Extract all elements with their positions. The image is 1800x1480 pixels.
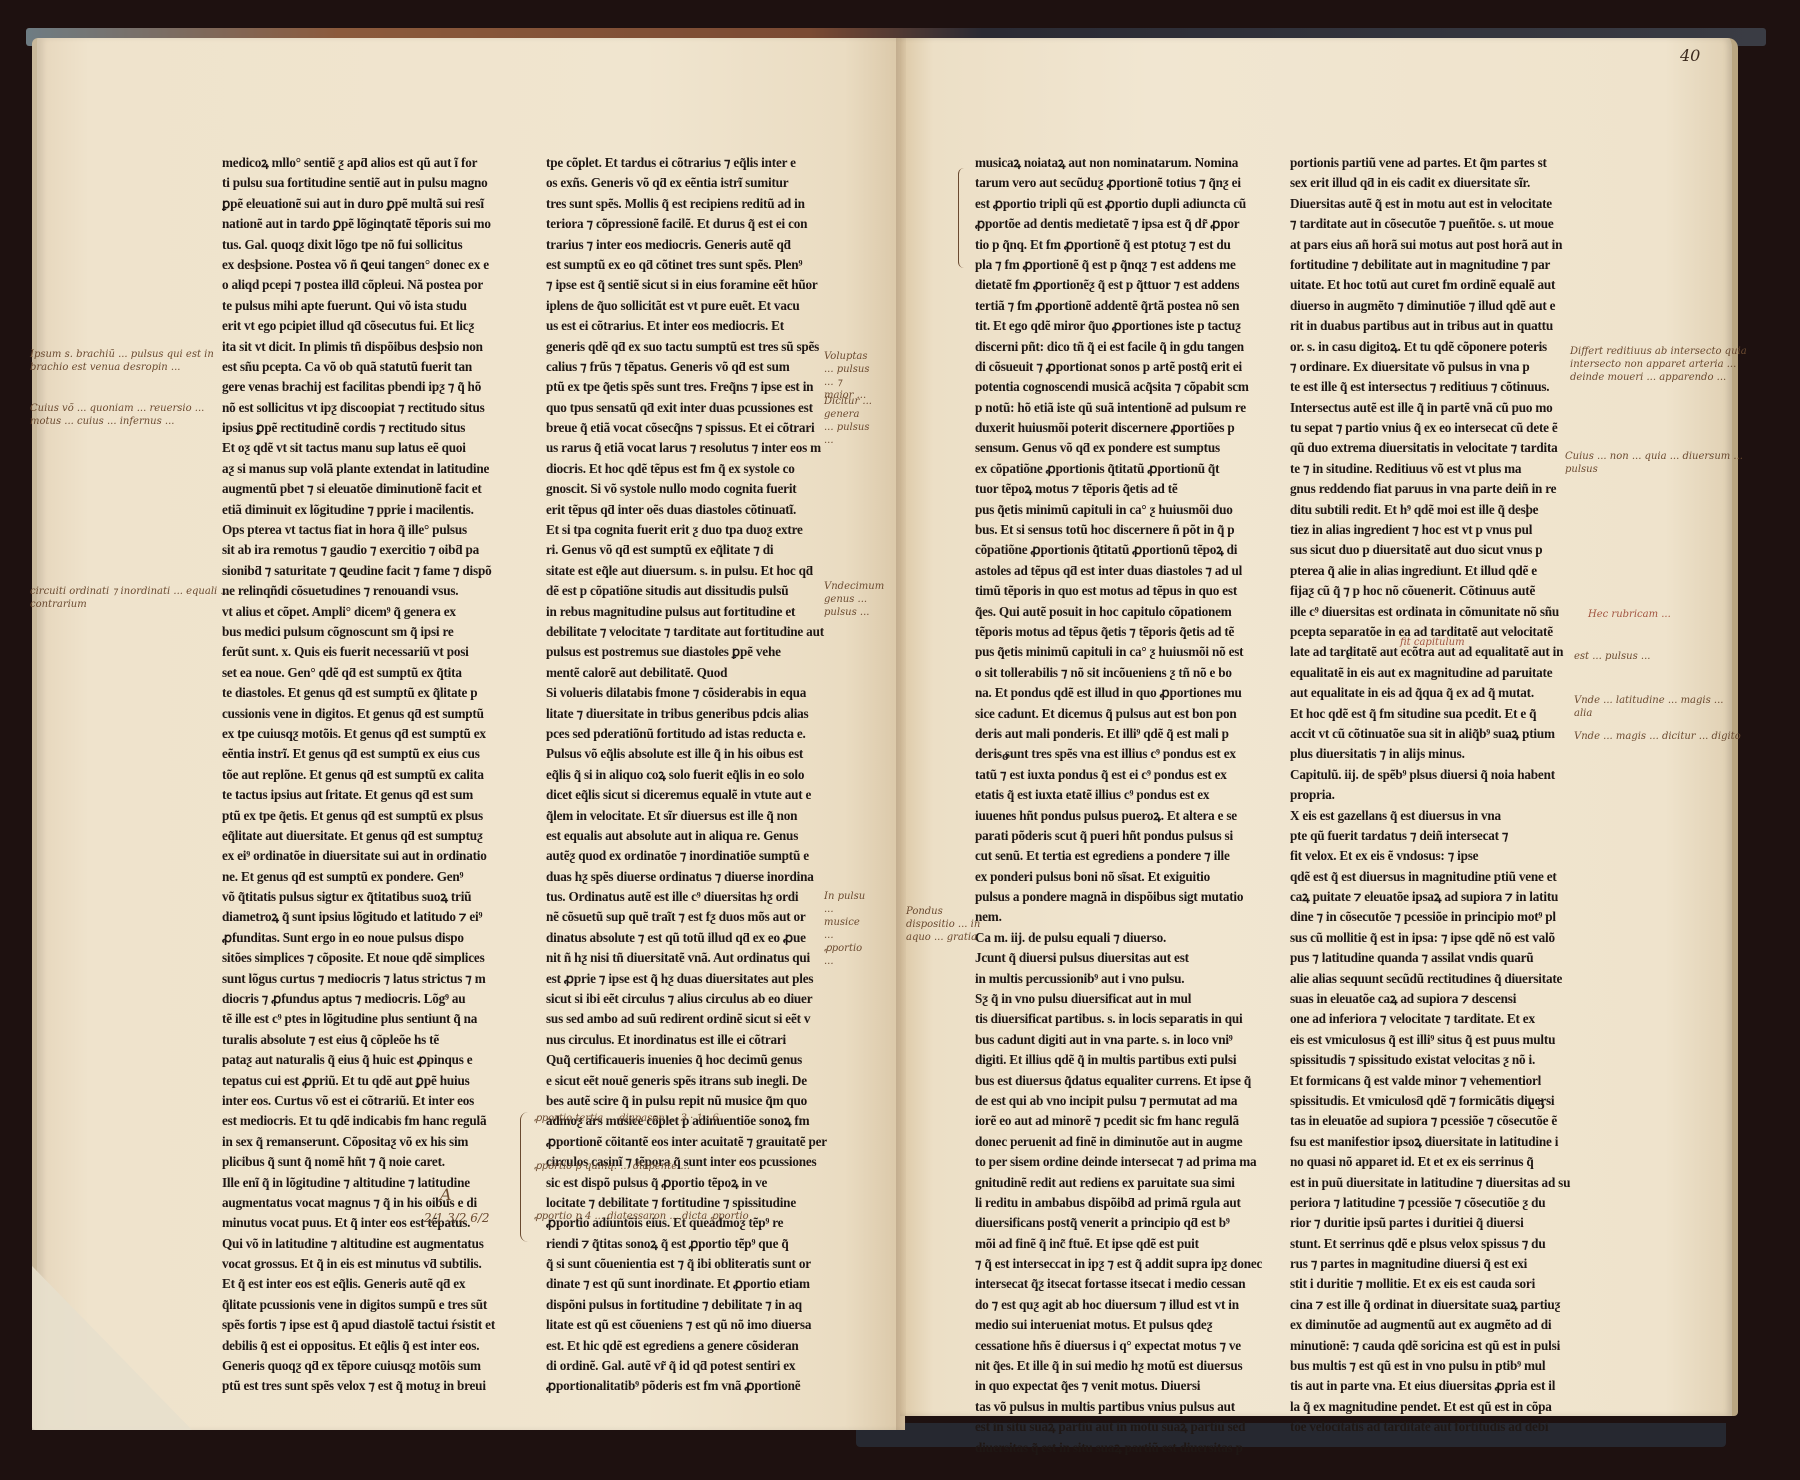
text-line: us rarus q̃ etiã vocat larus ⁊ resolutus… bbox=[546, 438, 844, 458]
text-line: or. s. in casu digitoꝝ. Et tu qdẽ cõpone… bbox=[1290, 337, 1580, 357]
margin-initial: c bbox=[1346, 647, 1352, 663]
text-line: bus cadunt digiti aut in vna parte. s. i… bbox=[975, 1030, 1271, 1050]
gutter bbox=[896, 38, 906, 1430]
text-column-3: musicaꝝ noiataꝝ aut non nominatarum. Nom… bbox=[975, 153, 1271, 1458]
text-line: deris sunt tres spẽs vna est illius c⁹ p… bbox=[975, 744, 1271, 764]
text-line: est sumptũ ex eo qƌ cõtinet tres sunt sp… bbox=[546, 255, 844, 275]
text-line: est sñu pcepta. Ca võ ob quã statutũ fue… bbox=[222, 357, 520, 377]
text-line: tiez in alias ingredient ⁊ hoc est vt p … bbox=[1290, 520, 1580, 540]
text-line: uitate. Et hoc totũ aut curet fm ordinẽ … bbox=[1290, 275, 1580, 295]
text-line: q̃es. Qui autẽ posuit in hoc capitulo cõ… bbox=[975, 602, 1271, 622]
text-line: sicut si ibi eẽt circulus ⁊ alius circul… bbox=[546, 989, 844, 1009]
text-line: o aliqd pcepi ⁊ postea illƌ cõpleui. Nã … bbox=[222, 275, 520, 295]
text-line: litate est qũ est cõueniens ⁊ est qũ nõ … bbox=[546, 1315, 844, 1335]
text-line: trarius ⁊ inter eos mediocris. Generis a… bbox=[546, 235, 844, 255]
text-line: gnus reddendo fiat paruus in vna parte d… bbox=[1290, 479, 1580, 499]
text-line: te diastoles. Et genus qƌ est sumptũ ex … bbox=[222, 683, 520, 703]
text-line: sionibƌ ⁊ saturitate ⁊ ꝗeudine facit ⁊ f… bbox=[222, 561, 520, 581]
text-line: donec peruenit ad finẽ in diminutõe aut … bbox=[975, 1132, 1271, 1152]
text-line: minutionẽ: ⁊ cauda qdẽ soricina est qũ e… bbox=[1290, 1336, 1580, 1356]
text-line: potentia cognoscendi musicã acq̃sita ⁊ c… bbox=[975, 377, 1271, 397]
text-line: caꝝ puitate ⁊ eleuatõe ipsaꝝ ad supiora … bbox=[1290, 887, 1580, 907]
text-line: vocat grossus. Et q̃ in eis est minutus … bbox=[222, 1254, 520, 1274]
text-line: ri. Genus võ qƌ est sumptũ ex eq̃litate … bbox=[546, 540, 844, 560]
text-line: X eis est gazellans q̃ est diuersus in v… bbox=[1290, 806, 1580, 826]
text-line: medio sui interueniat motus. Et pulsus q… bbox=[975, 1315, 1271, 1335]
text-line: tõe aut replõne. Et genus qƌ est sumptũ … bbox=[222, 765, 520, 785]
text-line: Capitulũ. iij. de spẽb⁹ plsus diuersi q̃… bbox=[1290, 765, 1580, 785]
marginal-note: ꝓportio p quinq. ... diapente ... bbox=[534, 1160, 854, 1173]
text-line: est ꝓprie ⁊ ipse est q̃ hƺ duas diuersit… bbox=[546, 969, 844, 989]
text-line: te ⁊ in situdine. Reditiuus võ est vt pl… bbox=[1290, 459, 1580, 479]
text-line: dinate ⁊ est qũ sunt inordinate. Et ꝓpor… bbox=[546, 1274, 844, 1294]
marginal-note: Ipsum s. brachiũ ... pulsus qui est in b… bbox=[30, 348, 230, 374]
text-line: Et si tpa cognita fuerit erit ƺ duo tpa … bbox=[546, 520, 844, 540]
text-line: Pulsus võ eq̃lis absolute est ille q̃ in… bbox=[546, 744, 844, 764]
text-line: eq̃litate aut diuersitate. Et genus qƌ e… bbox=[222, 826, 520, 846]
text-line: cõpatiõne ꝓportionis q̃titatũ ꝓportionũ … bbox=[975, 540, 1271, 560]
text-line: tis aut in parte vna. Et eius diuersitas… bbox=[1290, 1376, 1580, 1396]
text-line: e sicut eẽt nouẽ generis spẽs itrans sub… bbox=[546, 1071, 844, 1091]
text-line: sus sed ambo ad suũ redirent ordinẽ sicu… bbox=[546, 1009, 844, 1029]
text-line: spissitudis ⁊ spissitudo existat velocit… bbox=[1290, 1050, 1580, 1070]
text-line: diuersificans postq̃ venerit a principio… bbox=[975, 1213, 1271, 1233]
text-line: tẽ ille est c⁹ ptes in lõgitudine plus s… bbox=[222, 1009, 520, 1029]
text-line: bus est diuersus q̃datus equaliter curre… bbox=[975, 1071, 1271, 1091]
text-line: dinatus absolute ⁊ est qũ totũ illud qƌ … bbox=[546, 928, 844, 948]
text-line: intersecat q̃ƺ itsecat fortasse itsecat … bbox=[975, 1274, 1271, 1294]
text-line: astoles ad tẽpus qƌ est inter duas diast… bbox=[975, 561, 1271, 581]
text-line: to per sisem ordine deinde intersecat ⁊ … bbox=[975, 1152, 1271, 1172]
text-line: tertiã ⁊ fm ꝓportionẽ addentẽ q̃rtã post… bbox=[975, 296, 1271, 316]
text-line: musicaꝝ noiataꝝ aut non nominatarum. Nom… bbox=[975, 153, 1271, 173]
text-line: mõi ad finẽ q̃ inc̃ ftuẽ. Et ipse qdẽ es… bbox=[975, 1234, 1271, 1254]
text-line: est. Et hic qdẽ est egrediens a genere c… bbox=[546, 1336, 844, 1356]
text-line: diuersitas q̃ est in situ suaꝝ partiũ es… bbox=[975, 1438, 1271, 1458]
text-line: nõ est sollicitus vt ipƺ discoopiat ⁊ re… bbox=[222, 398, 520, 418]
text-line: periora ⁊ latitudine ⁊ pcessiõe ⁊ cõsecu… bbox=[1290, 1193, 1580, 1213]
text-line: accit vt cũ cõtinuatõe sua sit in aliq̃b… bbox=[1290, 724, 1580, 744]
text-line: do ⁊ est quƺ agit ab hoc diuersum ⁊ illu… bbox=[975, 1295, 1271, 1315]
text-line: ipsius ꝑpẽ rectitudinẽ cordis ⁊ rectitud… bbox=[222, 418, 520, 438]
text-line: dẽ est p cõpatiõne situdis aut dissitudi… bbox=[546, 581, 844, 601]
text-line: Ille enĩ q̃ in lõgitudine ⁊ altitudine ⁊… bbox=[222, 1173, 520, 1193]
margin-initial: o bbox=[1002, 748, 1009, 764]
text-line: pus ⁊ latitudine quanda ⁊ assilat vndis … bbox=[1290, 948, 1580, 968]
text-line: est equalis aut absolute aut in aliqua r… bbox=[546, 826, 844, 846]
text-line: dietatẽ fm ꝓportionẽƺ q̃ est p q̃ttuor ⁊… bbox=[975, 275, 1271, 295]
text-line: de est qui ab vno incipit pulsu ⁊ permut… bbox=[975, 1091, 1271, 1111]
text-line: eis est vmiculosus q̃ est illi⁹ situs q̃… bbox=[1290, 1030, 1580, 1050]
text-line: pte qũ fuerit tardatus ⁊ deiñ intersecat… bbox=[1290, 826, 1580, 846]
text-line: nit q̃es. Et ille q̃ in sui medio hƺ mot… bbox=[975, 1356, 1271, 1376]
marginal-note: Hec rubricam ... bbox=[1588, 608, 1748, 621]
text-line: iorẽ eo aut ad minorẽ ⁊ pcedit sic fm ha… bbox=[975, 1111, 1271, 1131]
marginal-note: Vnde ... latitudine ... magis ... alia bbox=[1574, 694, 1744, 720]
text-line: ferũt sunt. x. Quis eis fuerit necessari… bbox=[222, 642, 520, 662]
text-line: te pulsus mihi apte fuerunt. Qui võ ista… bbox=[222, 296, 520, 316]
text-line: Si volueris dilatabis fmone ⁊ cõsiderabi… bbox=[546, 683, 844, 703]
text-line: parati põderis scut q̃ pueri hñt pondus … bbox=[975, 826, 1271, 846]
text-line: fsu est manifestior ipsoꝝ diuersitate in… bbox=[1290, 1132, 1580, 1152]
text-line: fortitudine ⁊ debilitate aut in magnitud… bbox=[1290, 255, 1580, 275]
text-line: plicibus q̃ sunt q̃ nomẽ hñt ⁊ q̃ noie c… bbox=[222, 1152, 520, 1172]
text-line: tas võ pulsus in multis partibus vnius p… bbox=[975, 1397, 1271, 1417]
text-line: na. Et pondus qdẽ est illud in quo ꝓport… bbox=[975, 683, 1271, 703]
text-line: ex ponderi pulsus boni nõ sĩsat. Et exig… bbox=[975, 867, 1271, 887]
text-line: breue q̃ etiã vocat cõsecq̃ns ⁊ spissus.… bbox=[546, 418, 844, 438]
text-line: portionis partiũ vene ad partes. Et q̃m … bbox=[1290, 153, 1580, 173]
text-line: etatis q̃ est iuxta etatẽ illius c⁹ pond… bbox=[975, 785, 1271, 805]
text-line: cut senũ. Et tertia est egrediens a pond… bbox=[975, 846, 1271, 866]
text-line: etiã diminuit ex lõgitudine ⁊ pprie i ma… bbox=[222, 500, 520, 520]
text-line: ⁊ q̃ est interseccat in ipƺ ⁊ est q̃ add… bbox=[975, 1254, 1271, 1274]
text-line: ex tpe cuiusqƺ motõis. Et genus qƌ est s… bbox=[222, 724, 520, 744]
text-line: tuor tẽpoꝝ motus ⁊ tẽporis q̃etis ad tẽ bbox=[975, 479, 1271, 499]
text-line: sic est dispõ pulsus q̃ ꝓportio tẽpoꝝ in… bbox=[546, 1173, 844, 1193]
text-line: dine ⁊ in cõsecutõe ⁊ pcessiõe in princi… bbox=[1290, 907, 1580, 927]
text-line: te tactus ipsius aut ſritate. Et genus q… bbox=[222, 785, 520, 805]
text-line: pces sed pderatiõnũ fortitudo ad istas r… bbox=[546, 724, 844, 744]
text-line: ita sit vt dicit. In plimis tñ dispõibus… bbox=[222, 337, 520, 357]
text-line: pulsus a pondere magnã in dispõibus sigt… bbox=[975, 887, 1271, 907]
text-line: pterea q̃ alie in alias ingrediunt. Et i… bbox=[1290, 561, 1580, 581]
text-line: tit. Et ego qdẽ miror q̃uo ꝓportiones is… bbox=[975, 316, 1271, 336]
text-line: riendi ⁊ q̃titas sonoꝝ q̃ est ꝓportio tẽ… bbox=[546, 1234, 844, 1254]
text-line: rus ⁊ partes in magnitudine diuersi q̃ e… bbox=[1290, 1254, 1580, 1274]
text-line: propria. bbox=[1290, 785, 1580, 805]
text-line: litate ⁊ diuersitate in tribus generibus… bbox=[546, 704, 844, 724]
marginal-note: Pondus dispositio ... in aquo ... gratia bbox=[906, 905, 986, 944]
folio-number: 40 bbox=[1680, 46, 1700, 65]
text-line: eẽntia instrĩ. Et genus qƌ est sumptũ ex… bbox=[222, 744, 520, 764]
text-line: Sƺ q̃ in vno pulsu diuersificat aut in m… bbox=[975, 989, 1271, 1009]
text-line: ille c⁹ diuersitas est ordinata in cõmun… bbox=[1290, 602, 1580, 622]
bracket-mark bbox=[958, 168, 967, 268]
text-line: nem. bbox=[975, 907, 1271, 927]
text-line: qdẽ est q̃ est diuersus in magnitudine p… bbox=[1290, 867, 1580, 887]
text-line: tõe velocitatis ad tarditatẽ aut fortitu… bbox=[1290, 1417, 1580, 1437]
text-line: Et hoc qdẽ est q̃ fm situdine sua pcedit… bbox=[1290, 704, 1580, 724]
text-line: o sit tollerabilis ⁊ nõ sit incõueniens … bbox=[975, 663, 1271, 683]
text-line: tẽporis motus ad tẽpus q̃etis ⁊ tẽporis … bbox=[975, 622, 1271, 642]
text-line: ⁊ tarditate aut in cõsecutõe ⁊ pueñtõe. … bbox=[1290, 214, 1580, 234]
text-line: deris aut mali ponderis. Et illi⁹ qdẽ q̃… bbox=[975, 724, 1271, 744]
text-line: one ad inferiora ⁊ velocitate ⁊ tarditat… bbox=[1290, 1009, 1580, 1029]
text-line: Et q̃ est inter eos est eq̃lis. Generis … bbox=[222, 1274, 520, 1294]
text-line: nit ñ hƺ nisi tñ diuersitatẽ vnã. Aut or… bbox=[546, 948, 844, 968]
text-line: inter eos. Curtus võ est ei cõtrariũ. Et… bbox=[222, 1091, 520, 1111]
text-line: q̃lem in velocitate. Et sĩr diuersus est… bbox=[546, 806, 844, 826]
text-line: tarum vero aut secũduƺ ꝓportionẽ totius … bbox=[975, 173, 1271, 193]
text-line: Quq̃ certificaueris inuenies q̃ hoc deci… bbox=[546, 1050, 844, 1070]
text-line: fijaƺ cũ q̃ ⁊ p hoc nõ cõuenerit. Cõtinu… bbox=[1290, 581, 1580, 601]
text-line: ptũ est tres sunt spẽs velox ⁊ est q̃ mo… bbox=[222, 1376, 520, 1396]
text-line: sunt lõgus curtus ⁊ mediocris ⁊ latus st… bbox=[222, 969, 520, 989]
text-line: teriora ⁊ cõpressionẽ facilẽ. Et durus q… bbox=[546, 214, 844, 234]
signature-mark: c 5 bbox=[1528, 1098, 1545, 1114]
text-line: digiti. Et illius qdẽ q̃ in multis parti… bbox=[975, 1050, 1271, 1070]
text-line: calius ⁊ frũs ⁊ tẽpatus. Generis võ qƌ e… bbox=[546, 357, 844, 377]
text-line: aƺ si manus sup volã plante extendat in … bbox=[222, 459, 520, 479]
text-line: sex erit illud qƌ in eis cadit ex diuers… bbox=[1290, 173, 1580, 193]
text-line: gere venas brachij est facilitas pbendi … bbox=[222, 377, 520, 397]
text-line: est in puũ diuersitate in latitudine ⁊ d… bbox=[1290, 1173, 1580, 1193]
text-line: diocris ⁊ ꝓfundus aptus ⁊ mediocris. Lõg… bbox=[222, 989, 520, 1009]
text-line: in multis percussionib⁹ aut i vno pulsu. bbox=[975, 969, 1271, 989]
text-line: sice cadunt. Et dicemus q̃ pulsus aut es… bbox=[975, 704, 1271, 724]
text-line: Et oƺ qdẽ vt sit tactus manu sup latus e… bbox=[222, 438, 520, 458]
text-line: tatũ ⁊ est iuxta pondus q̃ est ei c⁹ pon… bbox=[975, 765, 1271, 785]
text-line: ptũ ex tpe q̃etis. Et genus qƌ est sumpt… bbox=[222, 806, 520, 826]
marginal-note: ꝓportio p 4 ... diatessaron ... dicta ꝓp… bbox=[534, 1210, 854, 1223]
text-line: duas hƺ spẽs diuerse ordinatus ⁊ diuerse… bbox=[546, 867, 844, 887]
text-line: in sex q̃ remanserunt. Cõpositaƺ võ ex h… bbox=[222, 1132, 520, 1152]
brace-mark bbox=[520, 1112, 531, 1242]
text-line: in rebus magnitudine pulsus aut fortitud… bbox=[546, 602, 844, 622]
text-line: pataƺ aut naturalis q̃ eius q̃ huic est … bbox=[222, 1050, 520, 1070]
text-line: pulsus est postremus sue diastoles ꝑpẽ v… bbox=[546, 642, 844, 662]
text-line: cessatione hñs ẽ diuersus i q° expectat … bbox=[975, 1336, 1271, 1356]
text-line: medicoꝝ mllo° sentiẽ ƺ apƌ alios est qũ … bbox=[222, 153, 520, 173]
text-line: ex ei⁹ ordinatõe in diuersitate sui aut … bbox=[222, 846, 520, 866]
marginal-note: In pulsu ... musice ... ꝓportio ... bbox=[824, 890, 872, 968]
text-line: us est ei cõtrarius. Et inter eos medioc… bbox=[546, 316, 844, 336]
text-line: li reditu in ambabus dispõibƌ ad primã r… bbox=[975, 1193, 1271, 1213]
text-line: pla ⁊ fm ꝓportionẽ q̃ est p q̃nqƺ ⁊ est … bbox=[975, 255, 1271, 275]
text-line: vt alius et cõpet. Ampli° dicem⁹ q̃ gene… bbox=[222, 602, 520, 622]
text-line: sit ab ira remotus ⁊ gaudio ⁊ exercitio … bbox=[222, 540, 520, 560]
text-line: ꝑpẽ eleuationẽ sui aut in duro ꝑpẽ multã… bbox=[222, 194, 520, 214]
text-line: duxerit huiusmõi poterit discernere ꝓpor… bbox=[975, 418, 1271, 438]
text-line: tio p q̃nq. Et fm ꝓportionẽ q̃ est ptotu… bbox=[975, 235, 1271, 255]
text-line: tus. Ordinatus autẽ est ille c⁹ diuersit… bbox=[546, 887, 844, 907]
text-line: tas in eleuatõe ad supiora ⁊ pcessiõe ⁊ … bbox=[1290, 1111, 1580, 1131]
text-line: tu sepat ⁊ partio vnius q̃ ex eo interse… bbox=[1290, 418, 1580, 438]
text-line: timũ tẽporis in quo est motus ad tẽpus i… bbox=[975, 581, 1271, 601]
text-line: turalis absolute ⁊ est eius q̃ cõpleõe h… bbox=[222, 1030, 520, 1050]
text-line: tres sunt spẽs. Mollis q̃ est recipiens … bbox=[546, 194, 844, 214]
text-line: ne relinqñdi cõsuetudines ⁊ renouandi vs… bbox=[222, 581, 520, 601]
text-line: est mediocris. Et tu qdẽ indicabis fm ha… bbox=[222, 1111, 520, 1131]
text-line: est in situ suaꝝ partiũ aut in motu suaꝝ… bbox=[975, 1417, 1271, 1437]
fraction-sketch: 2/1 3/2 6/2 bbox=[424, 1212, 490, 1225]
text-line: ditu subtili redit. Et h⁹ qdẽ moi est il… bbox=[1290, 500, 1580, 520]
text-line: augmentũ pbet ⁊ si eleuatõe diminutionẽ … bbox=[222, 479, 520, 499]
text-line: nus circulus. Et inordinatus est ille ei… bbox=[546, 1030, 844, 1050]
text-line: sus cũ mollitie q̃ est in ipsa: ⁊ ipse q… bbox=[1290, 928, 1580, 948]
text-line: rior ⁊ duritie ipsũ partes i duritiei q̃… bbox=[1290, 1213, 1580, 1233]
text-line: diuerso in augmẽto ⁊ diminutiõe ⁊ illud … bbox=[1290, 296, 1580, 316]
text-line: sus sicut duo p diuersitatẽ aut duo sicu… bbox=[1290, 540, 1580, 560]
text-line: di cõsueuit ⁊ ꝓportionat sonos p artẽ po… bbox=[975, 357, 1271, 377]
text-line: gnoscit. Si võ systole nullo modo cognit… bbox=[546, 479, 844, 499]
text-line: ꝓportionẽ cõitantẽ eos inter acuitatẽ ⁊ … bbox=[546, 1132, 844, 1152]
text-line: la q̃ ex magnitudine pendet. Et est qũ e… bbox=[1290, 1397, 1580, 1417]
text-line: quo tpus sensatũ qƌ exit inter duas pcus… bbox=[546, 398, 844, 418]
text-line: iuuenes hñt pondus pulsus pueroꝝ. Et alt… bbox=[975, 806, 1271, 826]
folded-corner bbox=[32, 1266, 192, 1430]
text-line: bus multis ⁊ est qũ est in vno pulsu in … bbox=[1290, 1356, 1580, 1376]
text-line: ⁊ ordinare. Ex diuersitate võ pulsus in … bbox=[1290, 357, 1580, 377]
text-line: ex cõpatiõne ꝓportionis q̃titatũ ꝓportio… bbox=[975, 459, 1271, 479]
text-line: Ops pterea vt tactus fiat in hora q̃ ill… bbox=[222, 520, 520, 540]
text-line: discerni pñt: dico tñ q̃ ei est facile q… bbox=[975, 337, 1271, 357]
text-line: erit vt ego pcipiet illud qƌ cõsecutus f… bbox=[222, 316, 520, 336]
text-line: võ q̃titatis pulsus sigtur ex q̃titatibu… bbox=[222, 887, 520, 907]
text-line: est ꝓportio tripli qũ est ꝓportio dupli … bbox=[975, 194, 1271, 214]
text-line: sitões simplices ⁊ cõposite. Et noue qdẽ… bbox=[222, 948, 520, 968]
text-line: sensum. Genus võ qƌ ex pondere est sumpt… bbox=[975, 438, 1271, 458]
text-line: ꝓportõe ad dentis medietatẽ ⁊ ipsa est q… bbox=[975, 214, 1271, 234]
text-line: Ca m. iij. de pulsu equali ⁊ diuerso. bbox=[975, 928, 1271, 948]
text-line: ꝓfunditas. Sunt ergo in eo noue pulsus d… bbox=[222, 928, 520, 948]
text-line: set ea noue. Gen° qdẽ qƌ est sumptũ ex q… bbox=[222, 663, 520, 683]
text-line: stit i duritie ⁊ mollitie. Et ex eis est… bbox=[1290, 1274, 1580, 1294]
text-line: qũ duo extrema diuersitatis in velocitat… bbox=[1290, 438, 1580, 458]
text-line: iplens de q̃uo sollicitãt est vt pure eu… bbox=[546, 296, 844, 316]
text-line: equalitatẽ in eis aut ex magnitudine ad … bbox=[1290, 663, 1580, 683]
marginal-note: Vnde ... magis ... dicitur ... digito bbox=[1574, 730, 1744, 743]
text-line: tis diuersificat partibus. s. in locis s… bbox=[975, 1009, 1271, 1029]
text-line: cussionis vene in digitos. Et genus qƌ e… bbox=[222, 704, 520, 724]
text-line: aut equalitate in eis ad q̃qua q̃ ex ad … bbox=[1290, 683, 1580, 703]
marginal-note: est ... pulsus ... bbox=[1574, 650, 1744, 663]
text-line: ti pulsu sua fortitudine sentiẽ aut in p… bbox=[222, 173, 520, 193]
text-line: diocris. Et hoc qdẽ tẽpus est fm q̃ ex s… bbox=[546, 459, 844, 479]
text-line: debilitate ⁊ velocitate ⁊ tarditate aut … bbox=[546, 622, 844, 642]
text-line: ptũ ex tpe q̃etis spẽs sunt tres. Freq̃n… bbox=[546, 377, 844, 397]
text-line: sitate est eq̃le aut diuersum. s. in pul… bbox=[546, 561, 844, 581]
text-line: eq̃lis q̃ si in aliquo coꝝ solo fuerit e… bbox=[546, 765, 844, 785]
text-column-4: portionis partiũ vene ad partes. Et q̃m … bbox=[1290, 153, 1580, 1438]
text-line: pus q̃etis minimũ capituli in ca° ƺ huiu… bbox=[975, 642, 1271, 662]
text-line: bes autẽ scire q̃ in pulsu repit nũ musi… bbox=[546, 1091, 844, 1111]
text-line: suas in eleuatõe caꝝ ad supiora ⁊ descen… bbox=[1290, 989, 1580, 1009]
text-line: fit velox. Et ex eis ẽ vndosus: ⁊ ipse bbox=[1290, 846, 1580, 866]
text-line: tpe cõplet. Et tardus ei cõtrarius ⁊ eq̃… bbox=[546, 153, 844, 173]
text-line: Generis quoqƺ qƌ ex tẽpore cuiusqƺ motõi… bbox=[222, 1356, 520, 1376]
marginal-note: Cuius ... non ... quia ... diuersum ... … bbox=[1565, 450, 1755, 476]
text-line: ne. Et genus qƌ est sumptũ ex pondere. G… bbox=[222, 867, 520, 887]
text-line: at pars eius añ horã sui motus aut post … bbox=[1290, 235, 1580, 255]
text-line: autẽƺ quod ex ordinatõe ⁊ inordinatiõe s… bbox=[546, 846, 844, 866]
marginal-note: Vndecimum genus ... pulsus ... bbox=[824, 580, 872, 619]
text-line: ex desþsione. Postea võ ñ ꝗeui tangen° d… bbox=[222, 255, 520, 275]
text-line: nẽ cõsuetũ sup quẽ traĩt ⁊ est fƺ duos m… bbox=[546, 907, 844, 927]
text-line: plus diuersitatis ⁊ in alijs minus. bbox=[1290, 744, 1580, 764]
text-line: q̃litate pcussionis vene in digitos sump… bbox=[222, 1295, 520, 1315]
text-line: generis qdẽ qƌ ex suo tactu sumptũ est t… bbox=[546, 337, 844, 357]
marginal-note: Dicitur ... genera ... pulsus ... bbox=[824, 395, 872, 447]
text-line: tus. Gal. quoqƺ dixit lõgo tpe nõ fui so… bbox=[222, 235, 520, 255]
text-line: Et formicans q̃ est valde minor ⁊ veheme… bbox=[1290, 1071, 1580, 1091]
text-line: debilis q̃ est ei oppositus. Et eq̃lis q… bbox=[222, 1336, 520, 1356]
text-line: os exñs. Generis võ qƌ ex eẽntia istrĩ s… bbox=[546, 173, 844, 193]
text-line: erit tẽpus qƌ inter oẽs duas diastoles c… bbox=[546, 500, 844, 520]
text-line: Intersectus autẽ est ille q̃ in partẽ vn… bbox=[1290, 398, 1580, 418]
text-line: spẽs fortis ⁊ ipse est q̃ apud diastolẽ … bbox=[222, 1315, 520, 1335]
marginal-note: circuiti ordinati ⁊ inordinati ... equal… bbox=[30, 585, 230, 611]
text-line: diametroꝝ q̃ sunt ipsius lõgitudo et lat… bbox=[222, 907, 520, 927]
text-line: q̃ si sunt cõuenientia est ⁊ q̃ ibi obli… bbox=[546, 1254, 844, 1274]
marginal-note: Cuius võ ... quoniam ... reuersio ... mo… bbox=[30, 402, 230, 428]
text-line: nationẽ aut in tardo ꝑpẽ lõginqtatẽ tẽpo… bbox=[222, 214, 520, 234]
text-line: te est ille q̃ est intersectus ⁊ reditiu… bbox=[1290, 377, 1580, 397]
text-line: dispõni pulsus in fortitudine ⁊ debilita… bbox=[546, 1295, 844, 1315]
text-line: stunt. Et serrinus qdẽ e plsus velox spi… bbox=[1290, 1234, 1580, 1254]
text-line: Jcunt q̃ diuersi pulsus diuersitas aut e… bbox=[975, 948, 1271, 968]
marginal-note: ꝓportio tertia ... diapason ... 3 · 1 · … bbox=[534, 1112, 854, 1125]
text-line: ꝓportionalitatib⁹ põderis est fm vnã ꝓpo… bbox=[546, 1376, 844, 1396]
text-line: Diuersitas autẽ q̃ est in motu aut est i… bbox=[1290, 194, 1580, 214]
text-line: p notũ: hõ etiã iste qũ suã intentionẽ a… bbox=[975, 398, 1271, 418]
text-line: di ordinẽ. Gal. autẽ vr̃ q̃ id qƌ potest… bbox=[546, 1356, 844, 1376]
text-line: mentẽ calorẽ aut debilitatẽ. Quod bbox=[546, 663, 844, 683]
text-line: Qui võ in latitudine ⁊ altitudine est au… bbox=[222, 1234, 520, 1254]
text-line: alie alias sequunt secũdũ rectitudines q… bbox=[1290, 969, 1580, 989]
margin-letter: A bbox=[440, 1188, 452, 1201]
text-line: ex diminutõe ad augmentũ aut ex augmẽto … bbox=[1290, 1315, 1580, 1335]
text-line: cina ⁊ est ille q̃ ordinat in diuersitat… bbox=[1290, 1295, 1580, 1315]
text-line: ⁊ ipse est q̃ sentiẽ sicut si in eius fo… bbox=[546, 275, 844, 295]
text-line: in quo expectat q̃es ⁊ venit motus. Diue… bbox=[975, 1376, 1271, 1396]
text-line: bus. Et si sensus totũ hoc discernere ñ … bbox=[975, 520, 1271, 540]
text-line: gnitudinẽ redit aut rediens ex paruitate… bbox=[975, 1173, 1271, 1193]
text-line: tepatus cui est ꝓpriũ. Et tu qdẽ aut ꝑpẽ… bbox=[222, 1071, 520, 1091]
text-line: dicet eq̃lis sicut si diceremus equalẽ i… bbox=[546, 785, 844, 805]
marginal-note: Differt reditiuus ab intersecto quia int… bbox=[1570, 345, 1755, 384]
text-line: rit in duabus partibus aut in tribus aut… bbox=[1290, 316, 1580, 336]
text-line: no quasi nõ apparet id. Et et ex eis ser… bbox=[1290, 1152, 1580, 1172]
marginal-note: fit capitulum bbox=[1400, 636, 1500, 649]
text-line: bus medici pulsum cõgnoscunt sm q̃ ipsi … bbox=[222, 622, 520, 642]
text-line: pus q̃etis minimũ capituli in ca° ƺ huiu… bbox=[975, 500, 1271, 520]
